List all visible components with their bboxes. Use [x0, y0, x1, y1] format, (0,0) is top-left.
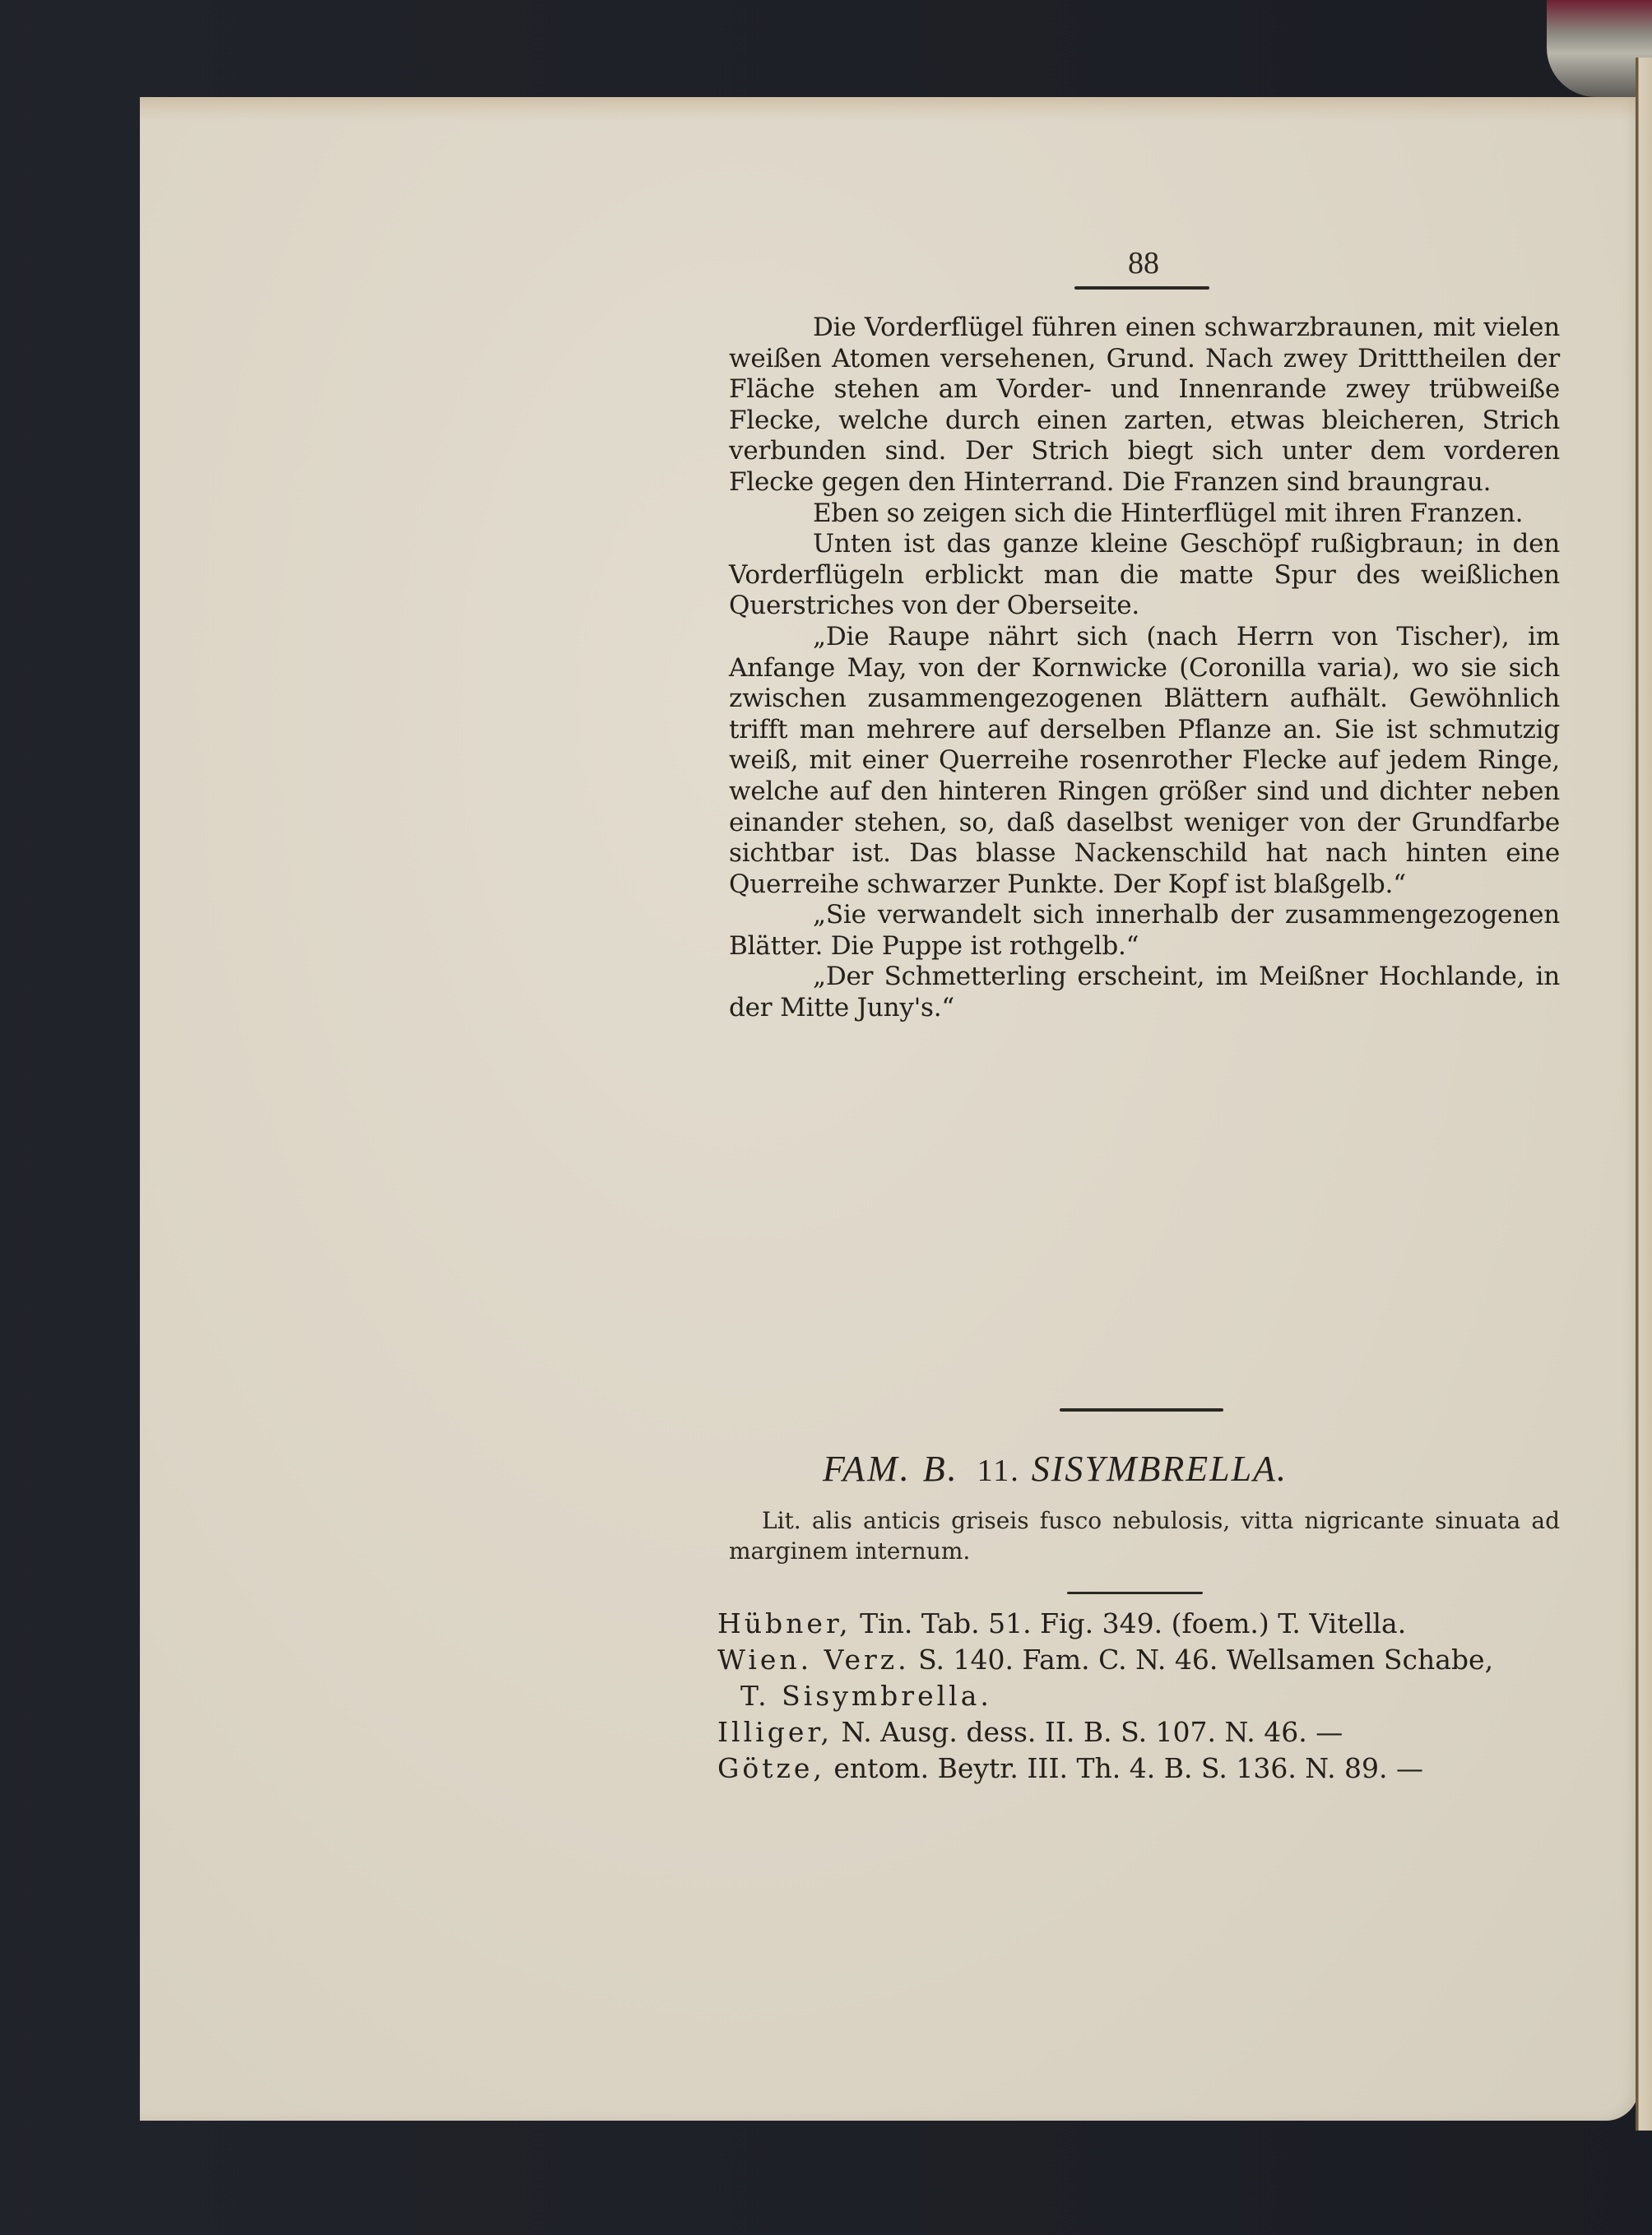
reference-text: entom. Beytr. III. Th. 4. B. S. 136. N. … — [825, 1752, 1423, 1784]
reference-author: Wien. Verz. — [717, 1644, 910, 1676]
family-label: FAM. B. — [823, 1449, 959, 1489]
latin-description: Lit. alis anticis griseis fusco nebulosi… — [729, 1505, 1560, 1566]
reference-item: Hübner, Tin. Tab. 51. Fig. 349. (foem.) … — [717, 1606, 1573, 1642]
paragraph-caterpillar: „Die Raupe nährt sich (nach Herrn von Ti… — [729, 622, 1560, 900]
paragraph-forewings: Die Vorderflügel führen einen schwarzbra… — [729, 313, 1560, 498]
reference-text: Tin. Tab. 51. Fig. 349. (foem.) T. Vitel… — [852, 1607, 1407, 1639]
header-rule — [1074, 286, 1209, 290]
species-name: SISYMBRELLA. — [1032, 1449, 1288, 1489]
reference-author: Hübner, — [717, 1607, 852, 1639]
species-heading: FAM. B.11.SISYMBRELLA. — [823, 1448, 1563, 1490]
latin-diagnosis: Lit. alis anticis griseis fusco nebulosi… — [729, 1505, 1560, 1566]
page-number: 88 — [1119, 245, 1168, 281]
paragraph-butterfly: „Der Schmetterling erscheint, im Meißner… — [729, 962, 1560, 1023]
reference-item: T. Sisymbrella. — [717, 1678, 1573, 1714]
reference-item: Wien. Verz. S. 140. Fam. C. N. 46. Wells… — [717, 1642, 1573, 1678]
paragraph-hindwings: Eben so zeigen sich die Hinterflügel mit… — [729, 498, 1560, 530]
main-text: Die Vorderflügel führen einen schwarzbra… — [729, 313, 1560, 1024]
paragraph-pupa: „Sie verwandelt sich innerhalb der zusam… — [729, 900, 1560, 962]
reference-author: Götze, — [717, 1752, 825, 1784]
reference-text: T. Sisymbrella. — [740, 1680, 992, 1712]
reference-text: S. 140. Fam. C. N. 46. Wellsamen Schabe, — [910, 1644, 1493, 1676]
reference-item: Illiger, N. Ausg. dess. II. B. S. 107. N… — [717, 1714, 1573, 1750]
reference-item: Götze, entom. Beytr. III. Th. 4. B. S. 1… — [717, 1750, 1573, 1787]
page-gutter — [1636, 58, 1652, 2131]
reference-text: N. Ausg. dess. II. B. S. 107. N. 46. — — [833, 1716, 1343, 1748]
section-divider — [1060, 1408, 1223, 1412]
references-list: Hübner, Tin. Tab. 51. Fig. 349. (foem.) … — [717, 1606, 1573, 1787]
species-number: 11. — [977, 1454, 1020, 1488]
references-divider — [1067, 1592, 1203, 1594]
reference-author: Illiger, — [717, 1716, 833, 1748]
paragraph-underside: Unten ist das ganze kleine Geschöpf rußi… — [729, 529, 1560, 622]
